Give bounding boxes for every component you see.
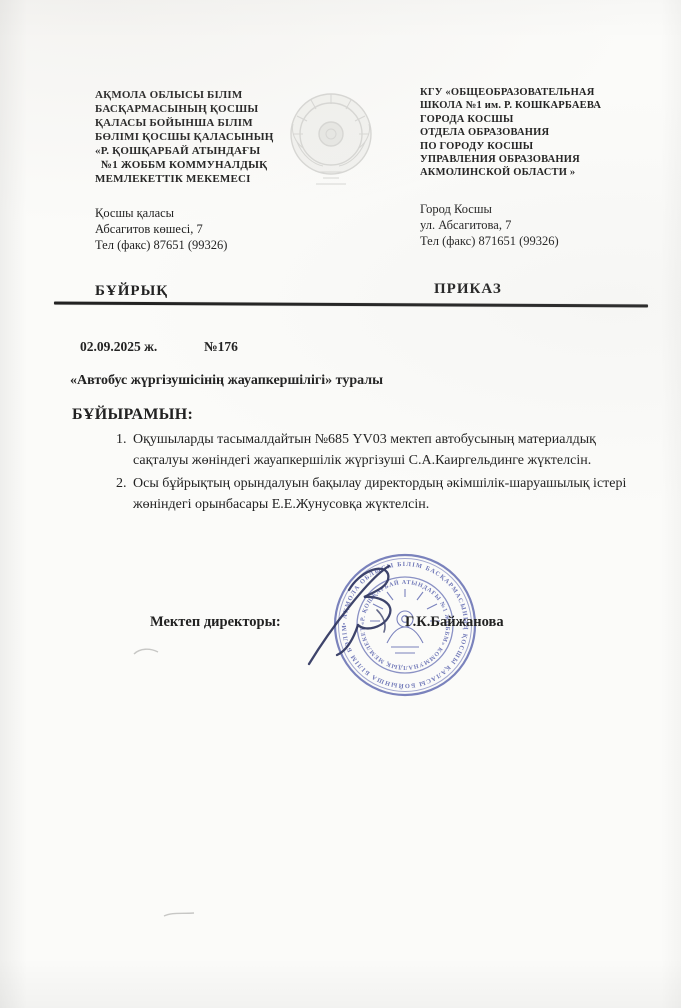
scanned-order-document: АҚМОЛА ОБЛЫСЫ БІЛІМ БАСҚАРМАСЫНЫҢ ҚОСШЫ … <box>0 0 681 1008</box>
addr-ru-line: ул. Абсагитова, 7 <box>420 217 559 233</box>
divider-line <box>54 302 648 308</box>
org-ru-line: ГОРОДА КОСШЫ <box>420 113 601 126</box>
kazakhstan-emblem-icon <box>283 84 379 190</box>
org-kk-line: ҚАЛАСЫ БОЙЫНША БІЛІМ <box>95 116 274 130</box>
org-name-russian: КГУ «ОБЩЕОБРАЗОВАТЕЛЬНАЯ ШКОЛА №1 им. Р.… <box>420 86 601 180</box>
org-kk-line: МЕМЛЕКЕТТІК МЕКЕМЕСІ <box>95 172 274 186</box>
signature-role: Мектеп директоры: <box>150 614 281 631</box>
org-name-kazakh: АҚМОЛА ОБЛЫСЫ БІЛІМ БАСҚАРМАСЫНЫҢ ҚОСШЫ … <box>95 88 274 186</box>
org-ru-line: ПО ГОРОДУ КОСШЫ <box>420 140 601 153</box>
org-kk-line: БӨЛІМІ ҚОСШЫ ҚАЛАСЫНЫҢ <box>95 130 274 144</box>
order-date: 02.09.2025 ж. <box>80 339 157 355</box>
org-ru-line: ОТДЕЛА ОБРАЗОВАНИЯ <box>420 126 601 139</box>
org-kk-line: БАСҚАРМАСЫНЫҢ ҚОСШЫ <box>95 102 274 116</box>
org-ru-line: КГУ «ОБЩЕОБРАЗОВАТЕЛЬНАЯ <box>420 86 601 99</box>
resolution-word: БҰЙЫРАМЫН: <box>72 406 193 424</box>
org-kk-line: «Р. ҚОШҚАРБАЙ АТЫНДАҒЫ <box>95 144 274 158</box>
signature-name: Г.К.Байжанова <box>405 614 504 631</box>
org-ru-line: АКМОЛИНСКОЙ ОБЛАСТИ » <box>420 166 601 179</box>
order-title-russian: ПРИКАЗ <box>434 281 502 298</box>
addr-ru-line: Город Косшы <box>420 201 559 217</box>
scan-artifact-mark <box>160 908 200 924</box>
addr-ru-line: Тел (факс) 871651 (99326) <box>420 233 559 249</box>
address-russian: Город Косшы ул. Абсагитова, 7 Тел (факс)… <box>420 201 559 249</box>
addr-kk-line: Қосшы қаласы <box>95 205 227 221</box>
org-kk-line: №1 ЖОББМ КОММУНАЛДЫҚ <box>95 158 274 172</box>
order-number: №176 <box>204 339 238 355</box>
order-item-2: Осы бұйрықтың орындалуын бақылау директо… <box>130 474 635 515</box>
scan-artifact-mark <box>130 642 170 662</box>
org-ru-line: УПРАВЛЕНИЯ ОБРАЗОВАНИЯ <box>420 153 601 166</box>
addr-kk-line: Абсагитов көшесі, 7 <box>95 221 227 237</box>
org-kk-line: АҚМОЛА ОБЛЫСЫ БІЛІМ <box>95 88 274 102</box>
order-subject: «Автобус жүргізушісінің жауапкершілігі» … <box>70 373 383 389</box>
address-kazakh: Қосшы қаласы Абсагитов көшесі, 7 Тел (фа… <box>95 205 227 253</box>
order-items: Оқушыларды тасымалдайтын №685 YV03 мекте… <box>100 430 635 518</box>
addr-kk-line: Тел (факс) 87651 (99326) <box>95 237 227 253</box>
order-title-kazakh: БҰЙРЫҚ <box>95 283 168 300</box>
org-ru-line: ШКОЛА №1 им. Р. КОШКАРБАЕВА <box>420 99 601 112</box>
order-item-1: Оқушыларды тасымалдайтын №685 YV03 мекте… <box>130 430 635 471</box>
